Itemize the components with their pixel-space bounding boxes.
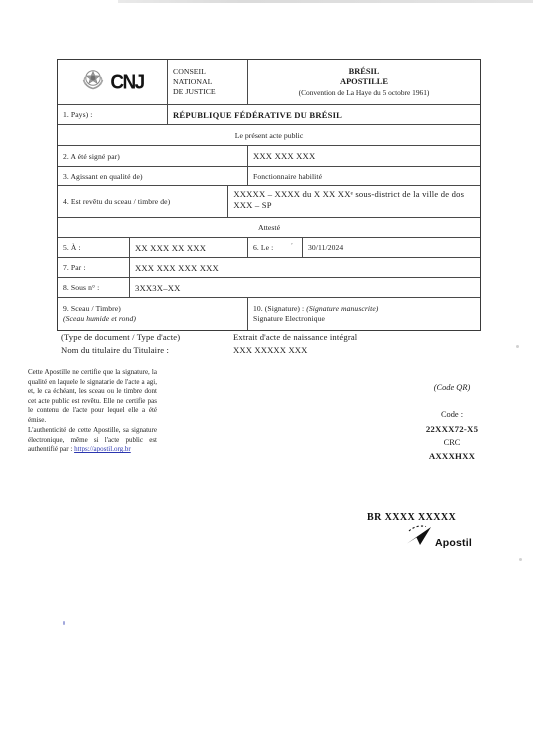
field-sous-row: 8. Sous n° : 3XX3X–XX (58, 277, 480, 297)
signe-label: 2. A été signé par) (58, 146, 247, 166)
brazil-coat-of-arms-icon (81, 68, 105, 97)
atteste-text: Attesté (58, 218, 480, 237)
sceau-timbre-cell: 9. Sceau / Timbre) (Sceau humide et rond… (58, 298, 247, 330)
apostil-org-link[interactable]: https://apostil.org.br (74, 445, 131, 453)
signe-value: XXX XXX XXX (247, 146, 480, 166)
cnj-logo-text: CNJ (110, 72, 143, 92)
code-label: Code : (392, 408, 512, 422)
doc-type-label: (Type de document / Type d'acte) (61, 332, 233, 342)
org-line-3: DE JUSTICE (173, 87, 242, 97)
sous-value: 3XX3X–XX (129, 278, 480, 297)
disclaimer-text: Cette Apostille ne certifie que la signa… (28, 368, 157, 455)
doc-type-value: Extrait d'acte de naissance intégral (233, 332, 461, 342)
signature-label: 10. (Signature) : (Signature manuscrite) (253, 304, 475, 314)
holder-value: XXX XXXXX XXX (233, 345, 461, 355)
document-type-section: (Type de document / Type d'acte) Extrait… (61, 332, 461, 355)
apostille-document-page: CNJ CONSEIL NATIONAL DE JUSTICE BRÉSIL A… (0, 0, 533, 754)
field-pays-row: 1. Pays) : RÉPUBLIQUE FÉDÉRATIVE DU BRÉS… (58, 104, 480, 124)
br-registration-number: BR XXXX XXXXX (367, 512, 456, 523)
apostil-logo: Apostil (405, 523, 472, 552)
a-value: XX XXX XX XXX (129, 238, 247, 257)
acte-public-text: Le présent acte public (58, 125, 480, 145)
qualite-label: 3. Agissant en qualité de) (58, 167, 247, 185)
scan-speck (63, 621, 65, 625)
acte-public-row: Le présent acte public (58, 124, 480, 145)
qualite-value: Fonctionnaire habilité (247, 167, 480, 185)
field-sceau-row: 4. Est revêtu du sceau / timbre de) XXXX… (58, 185, 480, 217)
sceau-value: XXXXX – XXXX du X XX XXᵉ sous-district d… (227, 186, 480, 217)
org-line-2: NATIONAL (173, 77, 242, 87)
field-par-row: 7. Par : XXX XXX XXX XXX (58, 257, 480, 277)
le-label: 6. Le : ’ (247, 238, 302, 257)
crc-label: CRC (392, 436, 512, 450)
le-label-text: 6. Le : (253, 243, 273, 252)
scan-speck (519, 558, 522, 561)
atteste-row: Attesté (58, 217, 480, 237)
convention-subtitle: (Convention de La Haye du 5 octobre 1961… (253, 88, 475, 97)
pays-value: RÉPUBLIQUE FÉDÉRATIVE DU BRÉSIL (167, 105, 480, 124)
apostil-logo-text: Apostil (435, 537, 472, 552)
scan-mark: ’ (291, 243, 293, 249)
scan-edge-artifact (118, 0, 533, 3)
field-sceau-signature-row: 9. Sceau / Timbre) (Sceau humide et rond… (58, 297, 480, 330)
scan-speck (516, 345, 519, 348)
field-qualite-row: 3. Agissant en qualité de) Fonctionnaire… (58, 166, 480, 185)
signature-value: Signature Electronique (253, 314, 475, 324)
signature-cell: 10. (Signature) : (Signature manuscrite)… (247, 298, 480, 330)
org-name-cell: CONSEIL NATIONAL DE JUSTICE (167, 60, 247, 104)
apostille-table: CNJ CONSEIL NATIONAL DE JUSTICE BRÉSIL A… (57, 59, 481, 331)
country-title: BRÉSIL (253, 67, 475, 78)
le-value: 30/11/2024 (302, 238, 480, 257)
header-row: CNJ CONSEIL NATIONAL DE JUSTICE BRÉSIL A… (58, 60, 480, 104)
field-a-le-row: 5. À : XX XXX XX XXX 6. Le : ’ 30/11/202… (58, 237, 480, 257)
disclaimer-paragraph-2: L'authenticité de cette Apostille, sa si… (28, 426, 157, 455)
holder-label: Nom du titulaire du Titulaire : (61, 345, 233, 355)
paper-plane-icon (405, 523, 433, 552)
pays-label: 1. Pays) : (58, 105, 167, 124)
a-label: 5. À : (58, 238, 129, 257)
apostille-title: APOSTILLE (253, 77, 475, 88)
crc-value: AXXXHXX (392, 449, 512, 463)
document-title-cell: BRÉSIL APOSTILLE (Convention de La Haye … (247, 60, 480, 104)
disclaimer-paragraph-1: Cette Apostille ne certifie que la signa… (28, 368, 157, 425)
signature-label-italic: (Signature manuscrite) (306, 304, 378, 313)
par-label: 7. Par : (58, 258, 129, 277)
sceau-timbre-label: 9. Sceau / Timbre) (63, 304, 242, 314)
sceau-timbre-sub: (Sceau humide et rond) (63, 314, 242, 324)
code-value: 22XXX72-X5 (392, 422, 512, 436)
org-line-1: CONSEIL (173, 67, 242, 77)
cnj-logo: CNJ (58, 60, 167, 104)
sous-label: 8. Sous n° : (58, 278, 129, 297)
code-qr-label: (Code QR) (392, 383, 512, 392)
field-signe-row: 2. A été signé par) XXX XXX XXX (58, 145, 480, 166)
sceau-label: 4. Est revêtu du sceau / timbre de) (58, 186, 227, 217)
par-value: XXX XXX XXX XXX (129, 258, 480, 277)
code-block: (Code QR) Code : 22XXX72-X5 CRC AXXXHXX (392, 383, 512, 464)
signature-label-prefix: 10. (Signature) : (253, 304, 306, 313)
